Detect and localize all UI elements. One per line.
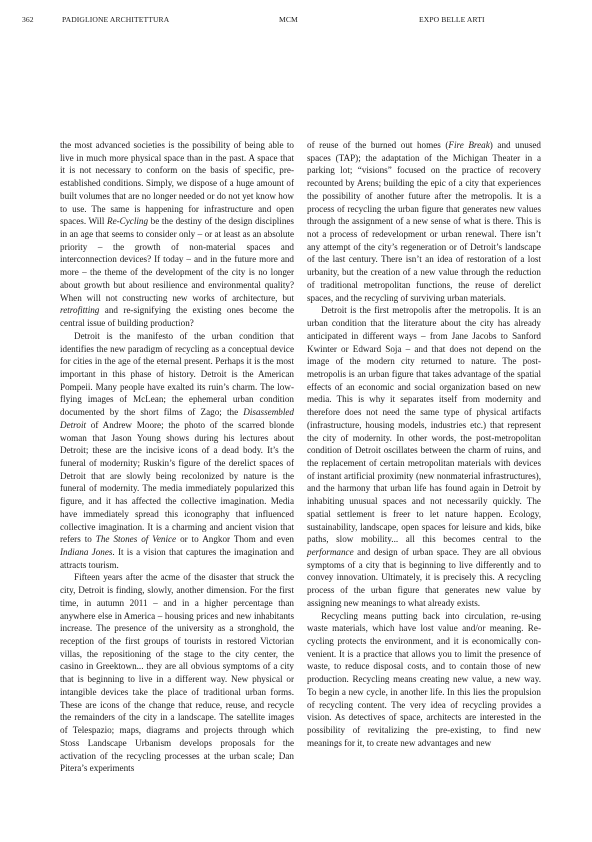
italic-term: Re-Cycling <box>107 216 148 226</box>
header-section-title: PADIGLIONE ARCHITETTURA <box>62 15 169 24</box>
text-column-right: of reuse of the burned out homes (Fire B… <box>307 139 541 750</box>
paragraph: of reuse of the burned out homes (Fire B… <box>307 139 541 304</box>
page-number: 362 <box>22 15 34 24</box>
text-column-left: the most advanced societies is the possi… <box>60 139 294 775</box>
paragraph: the most advanced societies is the possi… <box>60 139 294 330</box>
running-header: 362 PADIGLIONE ARCHITETTURA MCM EXPO BEL… <box>0 15 592 29</box>
paragraph: Fifteen years after the acme of the disa… <box>60 571 294 775</box>
italic-term: performance <box>307 547 354 557</box>
italic-title: Indiana Jones <box>60 547 112 557</box>
paragraph: Recycling means putting back into circul… <box>307 610 541 750</box>
header-center-title: MCM <box>279 15 298 24</box>
header-right-title: EXPO BELLE ARTI <box>419 15 485 24</box>
italic-term: retrofitting <box>60 305 99 315</box>
paragraph: Detroit is the manifesto of the urban co… <box>60 330 294 572</box>
italic-title: Fire Break <box>448 140 489 150</box>
italic-title: The Stones of Venice <box>96 534 176 544</box>
paragraph: Detroit is the first metropolis after th… <box>307 304 541 609</box>
